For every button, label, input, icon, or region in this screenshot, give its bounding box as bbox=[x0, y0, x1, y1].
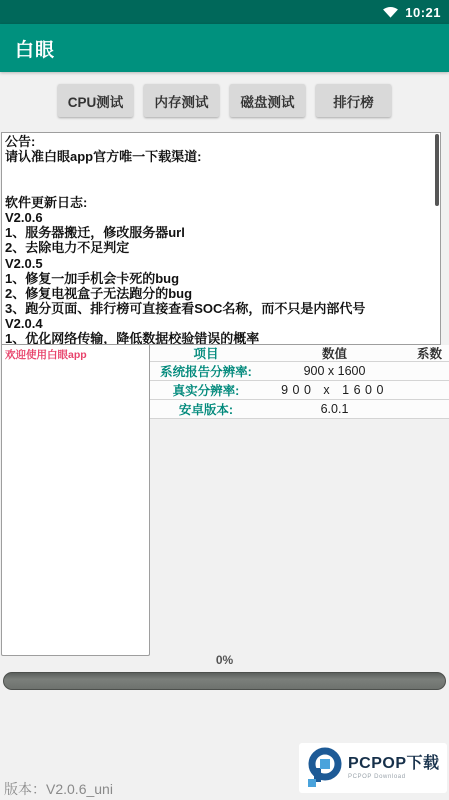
progress-percent-label: 0% bbox=[0, 653, 449, 667]
row-value: 6.0.1 bbox=[262, 402, 407, 416]
announcement-line: 软件更新日志: bbox=[5, 195, 440, 210]
announcement-line: 1、服务器搬迁，修改服务器url bbox=[5, 225, 440, 240]
row-label: 安卓版本: bbox=[150, 400, 262, 418]
announcement-scrollbar[interactable] bbox=[435, 134, 439, 206]
ranking-button[interactable]: 排行榜 bbox=[316, 84, 391, 117]
status-time: 10:21 bbox=[405, 5, 441, 20]
version-label: 版本：V2.0.6_uni bbox=[4, 779, 113, 799]
wifi-icon bbox=[382, 5, 399, 19]
row-value: 900 x 1600 bbox=[262, 383, 407, 397]
announcement-line: V2.0.6 bbox=[5, 210, 440, 225]
pcpop-watermark: PCPOP下载 PCPOP Download bbox=[299, 743, 447, 793]
announcement-line bbox=[5, 164, 440, 179]
watermark-text: PCPOP下载 PCPOP Download bbox=[348, 756, 440, 780]
disk-test-button[interactable]: 磁盘测试 bbox=[230, 84, 305, 117]
announcement-box[interactable]: 公告: 请认准白眼app官方唯一下载渠道: 软件更新日志: V2.0.6 1、服… bbox=[1, 132, 441, 345]
table-row: 系统报告分辨率: 900 x 1600 bbox=[150, 362, 449, 381]
watermark-title: PCPOP下载 bbox=[348, 756, 440, 772]
test-button-row: CPU测试 内存测试 磁盘测试 排行榜 bbox=[0, 84, 449, 118]
welcome-text: 欢迎使用白眼app bbox=[2, 345, 149, 364]
announcement-line: V2.0.4 bbox=[5, 316, 440, 331]
row-value: 900 x 1600 bbox=[262, 364, 407, 378]
announcement-line: 公告: bbox=[5, 134, 440, 149]
announcement-line: 3、跑分页面、排行榜可直接查看SOC名称，而不只是内部代号 bbox=[5, 301, 440, 316]
app-title: 白眼 bbox=[15, 35, 55, 62]
cpu-test-button[interactable]: CPU测试 bbox=[58, 84, 133, 117]
row-label: 系统报告分辨率: bbox=[150, 362, 262, 380]
row-label: 真实分辨率: bbox=[150, 381, 262, 399]
progress-bar bbox=[3, 672, 446, 690]
device-info-table: 项目 数值 系数 系统报告分辨率: 900 x 1600 真实分辨率: 900 … bbox=[150, 345, 449, 419]
announcement-line: 2、去除电力不足判定 bbox=[5, 240, 440, 255]
watermark-subtitle: PCPOP Download bbox=[348, 774, 440, 780]
table-row: 安卓版本: 6.0.1 bbox=[150, 400, 449, 419]
announcement-line: 1、修复一加手机会卡死的bug bbox=[5, 271, 440, 286]
side-panel: 欢迎使用白眼app bbox=[1, 345, 150, 656]
pcpop-logo-icon bbox=[305, 746, 343, 790]
table-header-row: 项目 数值 系数 bbox=[150, 345, 449, 362]
announcement-line: V2.0.5 bbox=[5, 256, 440, 271]
announcement-line: 1、优化网络传输，降低数据校验错误的概率 bbox=[5, 331, 440, 345]
app-screen: 10:21 白眼 CPU测试 内存测试 磁盘测试 排行榜 公告: 请认准白眼ap… bbox=[0, 0, 449, 800]
announcement-line: 请认准白眼app官方唯一下载渠道: bbox=[5, 149, 440, 164]
table-header-coef: 系数 bbox=[407, 344, 449, 362]
table-header-value: 数值 bbox=[262, 344, 407, 362]
status-bar: 10:21 bbox=[0, 0, 449, 24]
app-bar: 白眼 bbox=[0, 24, 449, 72]
table-header-item: 项目 bbox=[150, 344, 262, 362]
announcement-line: 2、修复电视盒子无法跑分的bug bbox=[5, 286, 440, 301]
table-row: 真实分辨率: 900 x 1600 bbox=[150, 381, 449, 400]
announcement-line bbox=[5, 180, 440, 195]
memory-test-button[interactable]: 内存测试 bbox=[144, 84, 219, 117]
